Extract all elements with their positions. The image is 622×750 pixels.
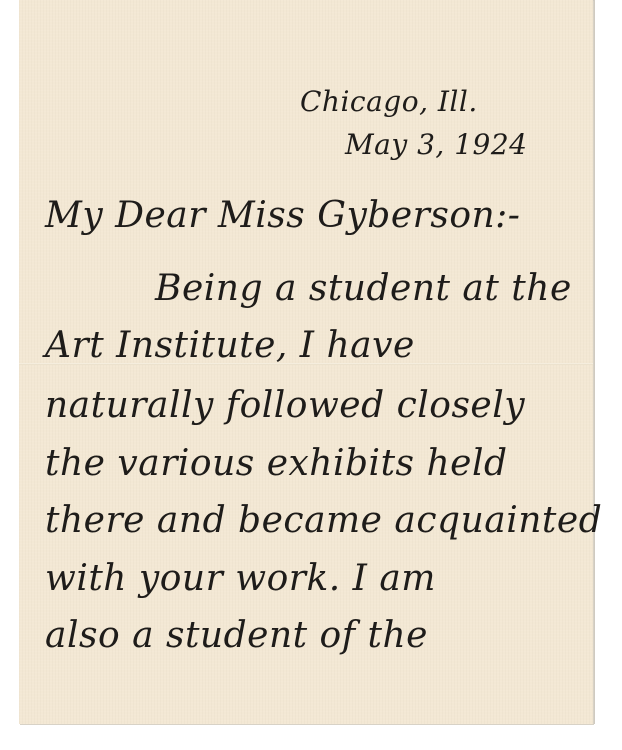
letter-place: Chicago, Ill.	[300, 85, 478, 118]
letter-body-line: Being a student at the	[155, 268, 572, 309]
letter-body-line: naturally followed closely	[45, 385, 525, 426]
letter-body-line: there and became acquainted	[45, 500, 602, 541]
letter-salutation: My Dear Miss Gyberson:-	[45, 195, 520, 236]
letter-body-line: the various exhibits held	[45, 443, 508, 484]
letter-body-line: also a student of the	[45, 615, 428, 656]
letter-date: May 3, 1924	[345, 128, 527, 161]
letter-body-line: Art Institute, I have	[45, 325, 415, 366]
letter-body-line: with your work. I am	[45, 558, 436, 599]
